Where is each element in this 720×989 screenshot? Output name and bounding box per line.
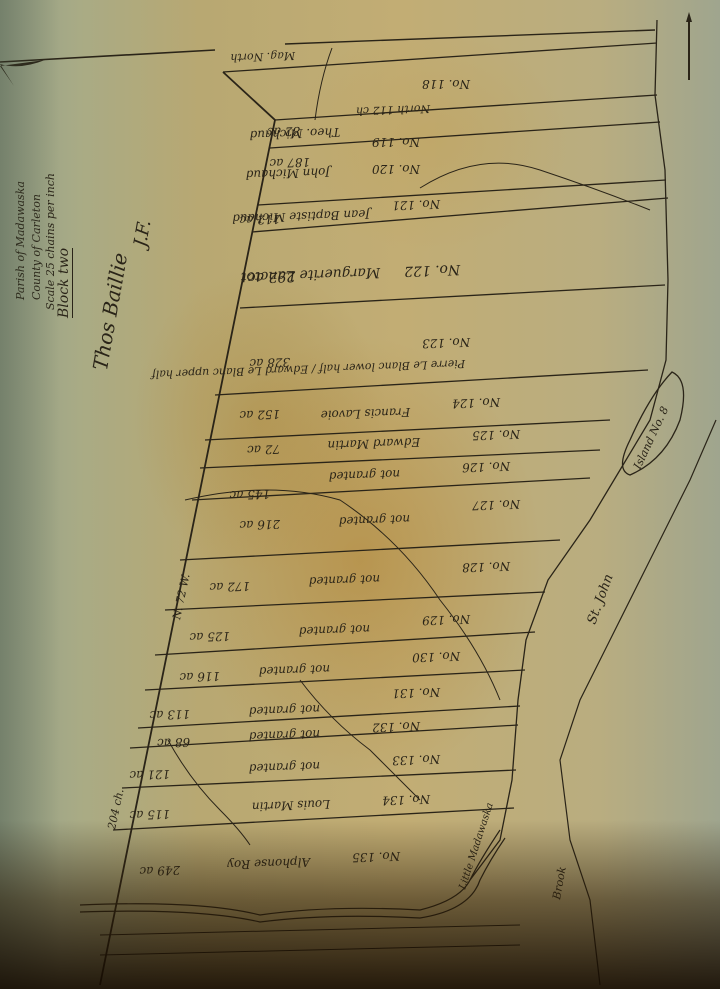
lot-acres: 328 ac xyxy=(249,355,290,370)
lot-owner: not granted xyxy=(338,512,410,528)
lot-acres: 152 ac xyxy=(239,407,280,422)
lot-acres: 125 ac xyxy=(189,629,230,644)
lot-acres: 115 ac xyxy=(129,807,170,822)
stream-top xyxy=(315,48,332,120)
lot-owner: not granted xyxy=(248,702,320,718)
lot-acres: 187 ac xyxy=(269,155,310,170)
lot-owner: not granted xyxy=(328,467,400,483)
mag-north-line xyxy=(0,50,215,62)
lot-owner: Louis Martin xyxy=(252,797,332,814)
lot-owner: not granted xyxy=(248,759,320,775)
lot-label: No. 119 xyxy=(372,135,421,149)
lot-acres: 113 ac xyxy=(149,707,190,722)
lot-label: No. 128 xyxy=(462,559,512,575)
lot-owner: not granted xyxy=(308,572,380,588)
st-john-river-far-bank xyxy=(560,420,716,985)
lot-acres: 121 ac xyxy=(129,767,170,782)
lot-acres: 68 ac xyxy=(157,735,191,750)
lot-label: No. 132 xyxy=(372,719,422,735)
top-line-label: North 112 ch xyxy=(356,102,432,118)
lot-label: No. 123 xyxy=(422,335,472,351)
lot-lines xyxy=(113,95,668,830)
lot-label: No. 121 xyxy=(392,197,442,213)
lot-acres: 82 ac xyxy=(267,124,301,139)
west-line-label: N. 72 W. xyxy=(170,573,193,622)
lot-acres: 172 ac xyxy=(209,579,250,594)
lot-acres: 249 ac xyxy=(139,863,181,878)
compass-fan-icon xyxy=(0,60,45,86)
lot-owner: Alphonse Roy xyxy=(227,855,312,872)
lot-owner: not granted xyxy=(258,662,330,678)
lot-label: No. 122 xyxy=(404,261,462,279)
lot-acres: 116 ac xyxy=(179,669,220,684)
lot-label: No. 130 xyxy=(412,649,462,665)
lot-label: No. 134 xyxy=(382,792,432,808)
creek-label: Little Madawaska xyxy=(457,802,496,892)
lot-acres: 216 ac xyxy=(239,517,281,532)
west-line-length: 204 ch. xyxy=(105,788,126,832)
lot-acres: 145 ac xyxy=(229,487,270,502)
lot-label: No. 124 xyxy=(452,395,502,411)
lot-label: No. 126 xyxy=(462,459,512,475)
lot-label: No. 127 xyxy=(472,497,522,513)
lot-label: No. 133 xyxy=(392,752,442,768)
lot-owner: Pierre Le Blanc lower half / Edward Le B… xyxy=(150,357,467,381)
mag-north-label: Mag. North xyxy=(230,49,296,64)
block-title: Block two xyxy=(56,248,73,318)
lot-owner: Francis Lavoie xyxy=(320,405,411,422)
survey-map: No. 118 No. 119 Theo. Michaud 82 ac No. … xyxy=(0,0,720,989)
lot-owner: not granted xyxy=(248,727,320,743)
lot-owner: not granted xyxy=(298,622,370,638)
brook-label: Brook xyxy=(550,865,569,901)
lot-label: No. 120 xyxy=(372,162,421,176)
map-linework: No. 118 No. 119 Theo. Michaud 82 ac No. … xyxy=(0,0,720,989)
title-line-2: County of Carleton xyxy=(30,194,43,300)
lot-label: No. 118 xyxy=(422,77,471,91)
title-line-1: Parish of Madawaska xyxy=(14,181,27,300)
lot-acres: 112 ac xyxy=(239,212,280,227)
lot-label: No. 135 xyxy=(352,849,402,865)
lot-acres: 292 ac xyxy=(247,268,296,286)
lot-label: No. 129 xyxy=(422,612,472,628)
lot-label: No. 125 xyxy=(472,427,522,443)
st-john-label: St. John xyxy=(585,572,617,626)
lot-owner: Edward Martin xyxy=(327,435,421,452)
lot-label: No. 131 xyxy=(392,685,442,701)
lot-acres: 72 ac xyxy=(247,442,281,457)
stream-north xyxy=(420,163,650,210)
